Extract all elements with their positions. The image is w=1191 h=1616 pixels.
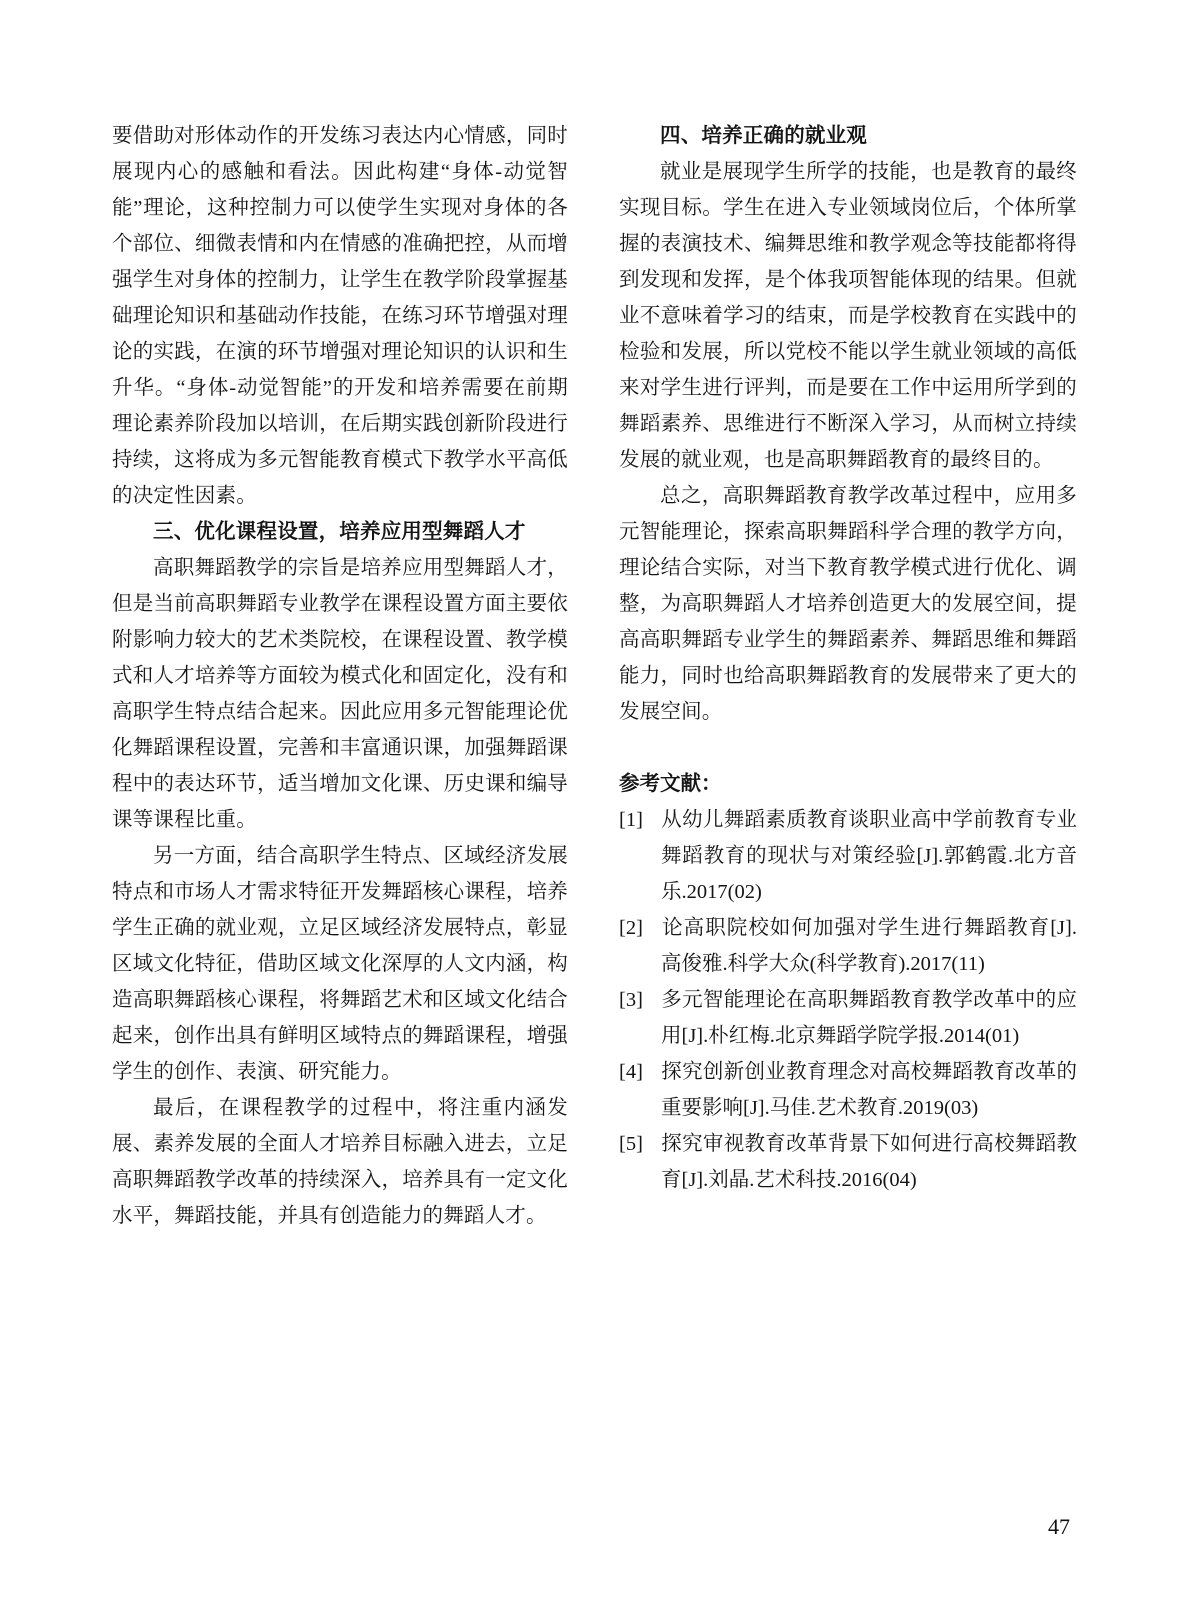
paragraph-continued: 要借助对形体动作的开发练习表达内心情感，同时展现内心的感触和看法。因此构建“身体… bbox=[112, 118, 568, 514]
section-heading-four: 四、培养正确的就业观 bbox=[619, 118, 1077, 154]
paragraph: 另一方面，结合高职学生特点、区域经济发展特点和市场人才需求特征开发舞蹈核心课程，… bbox=[112, 838, 568, 1090]
reference-item: [5]探究审视教育改革背景下如何进行高校舞蹈教育[J].刘晶.艺术科技.2016… bbox=[619, 1126, 1077, 1198]
reference-text: 多元智能理论在高职舞蹈教育教学改革中的应用[J].朴红梅.北京舞蹈学院学报.20… bbox=[661, 989, 1077, 1047]
left-column: 要借助对形体动作的开发练习表达内心情感，同时展现内心的感触和看法。因此构建“身体… bbox=[112, 118, 568, 1234]
reference-text: 从幼儿舞蹈素质教育谈职业高中学前教育专业舞蹈教育的现状与对策经验[J].郭鹤霞.… bbox=[661, 809, 1077, 903]
reference-label: [1] bbox=[619, 802, 661, 838]
paragraph: 总之，高职舞蹈教育教学改革过程中，应用多元智能理论，探索高职舞蹈科学合理的教学方… bbox=[619, 478, 1077, 730]
reference-item: [2]论高职院校如何加强对学生进行舞蹈教育[J].高俊雅.科学大众(科学教育).… bbox=[619, 910, 1077, 982]
reference-item: [3]多元智能理论在高职舞蹈教育教学改革中的应用[J].朴红梅.北京舞蹈学院学报… bbox=[619, 982, 1077, 1054]
reference-label: [3] bbox=[619, 982, 661, 1018]
reference-item: [1]从幼儿舞蹈素质教育谈职业高中学前教育专业舞蹈教育的现状与对策经验[J].郭… bbox=[619, 802, 1077, 910]
reference-text: 论高职院校如何加强对学生进行舞蹈教育[J].高俊雅.科学大众(科学教育).201… bbox=[661, 917, 1077, 975]
reference-text: 探究创新创业教育理念对高校舞蹈教育改革的重要影响[J].马佳.艺术教育.2019… bbox=[661, 1061, 1077, 1119]
right-column: 四、培养正确的就业观 就业是展现学生所学的技能，也是教育的最终实现目标。学生在进… bbox=[619, 118, 1077, 1198]
paragraph: 高职舞蹈教学的宗旨是培养应用型舞蹈人才，但是当前高职舞蹈专业教学在课程设置方面主… bbox=[112, 550, 568, 838]
section-heading-three: 三、优化课程设置，培养应用型舞蹈人才 bbox=[112, 514, 568, 550]
references-heading: 参考文献： bbox=[619, 766, 1077, 802]
reference-label: [5] bbox=[619, 1126, 661, 1162]
reference-text: 探究审视教育改革背景下如何进行高校舞蹈教育[J].刘晶.艺术科技.2016(04… bbox=[661, 1133, 1077, 1191]
paragraph: 就业是展现学生所学的技能，也是教育的最终实现目标。学生在进入专业领域岗位后，个体… bbox=[619, 154, 1077, 478]
reference-label: [2] bbox=[619, 910, 661, 946]
reference-item: [4]探究创新创业教育理念对高校舞蹈教育改革的重要影响[J].马佳.艺术教育.2… bbox=[619, 1054, 1077, 1126]
paper-page: 要借助对形体动作的开发练习表达内心情感，同时展现内心的感触和看法。因此构建“身体… bbox=[0, 0, 1191, 1616]
reference-label: [4] bbox=[619, 1054, 661, 1090]
page-number: 47 bbox=[1048, 1512, 1070, 1542]
paragraph: 最后，在课程教学的过程中，将注重内涵发展、素养发展的全面人才培养目标融入进去，立… bbox=[112, 1090, 568, 1234]
